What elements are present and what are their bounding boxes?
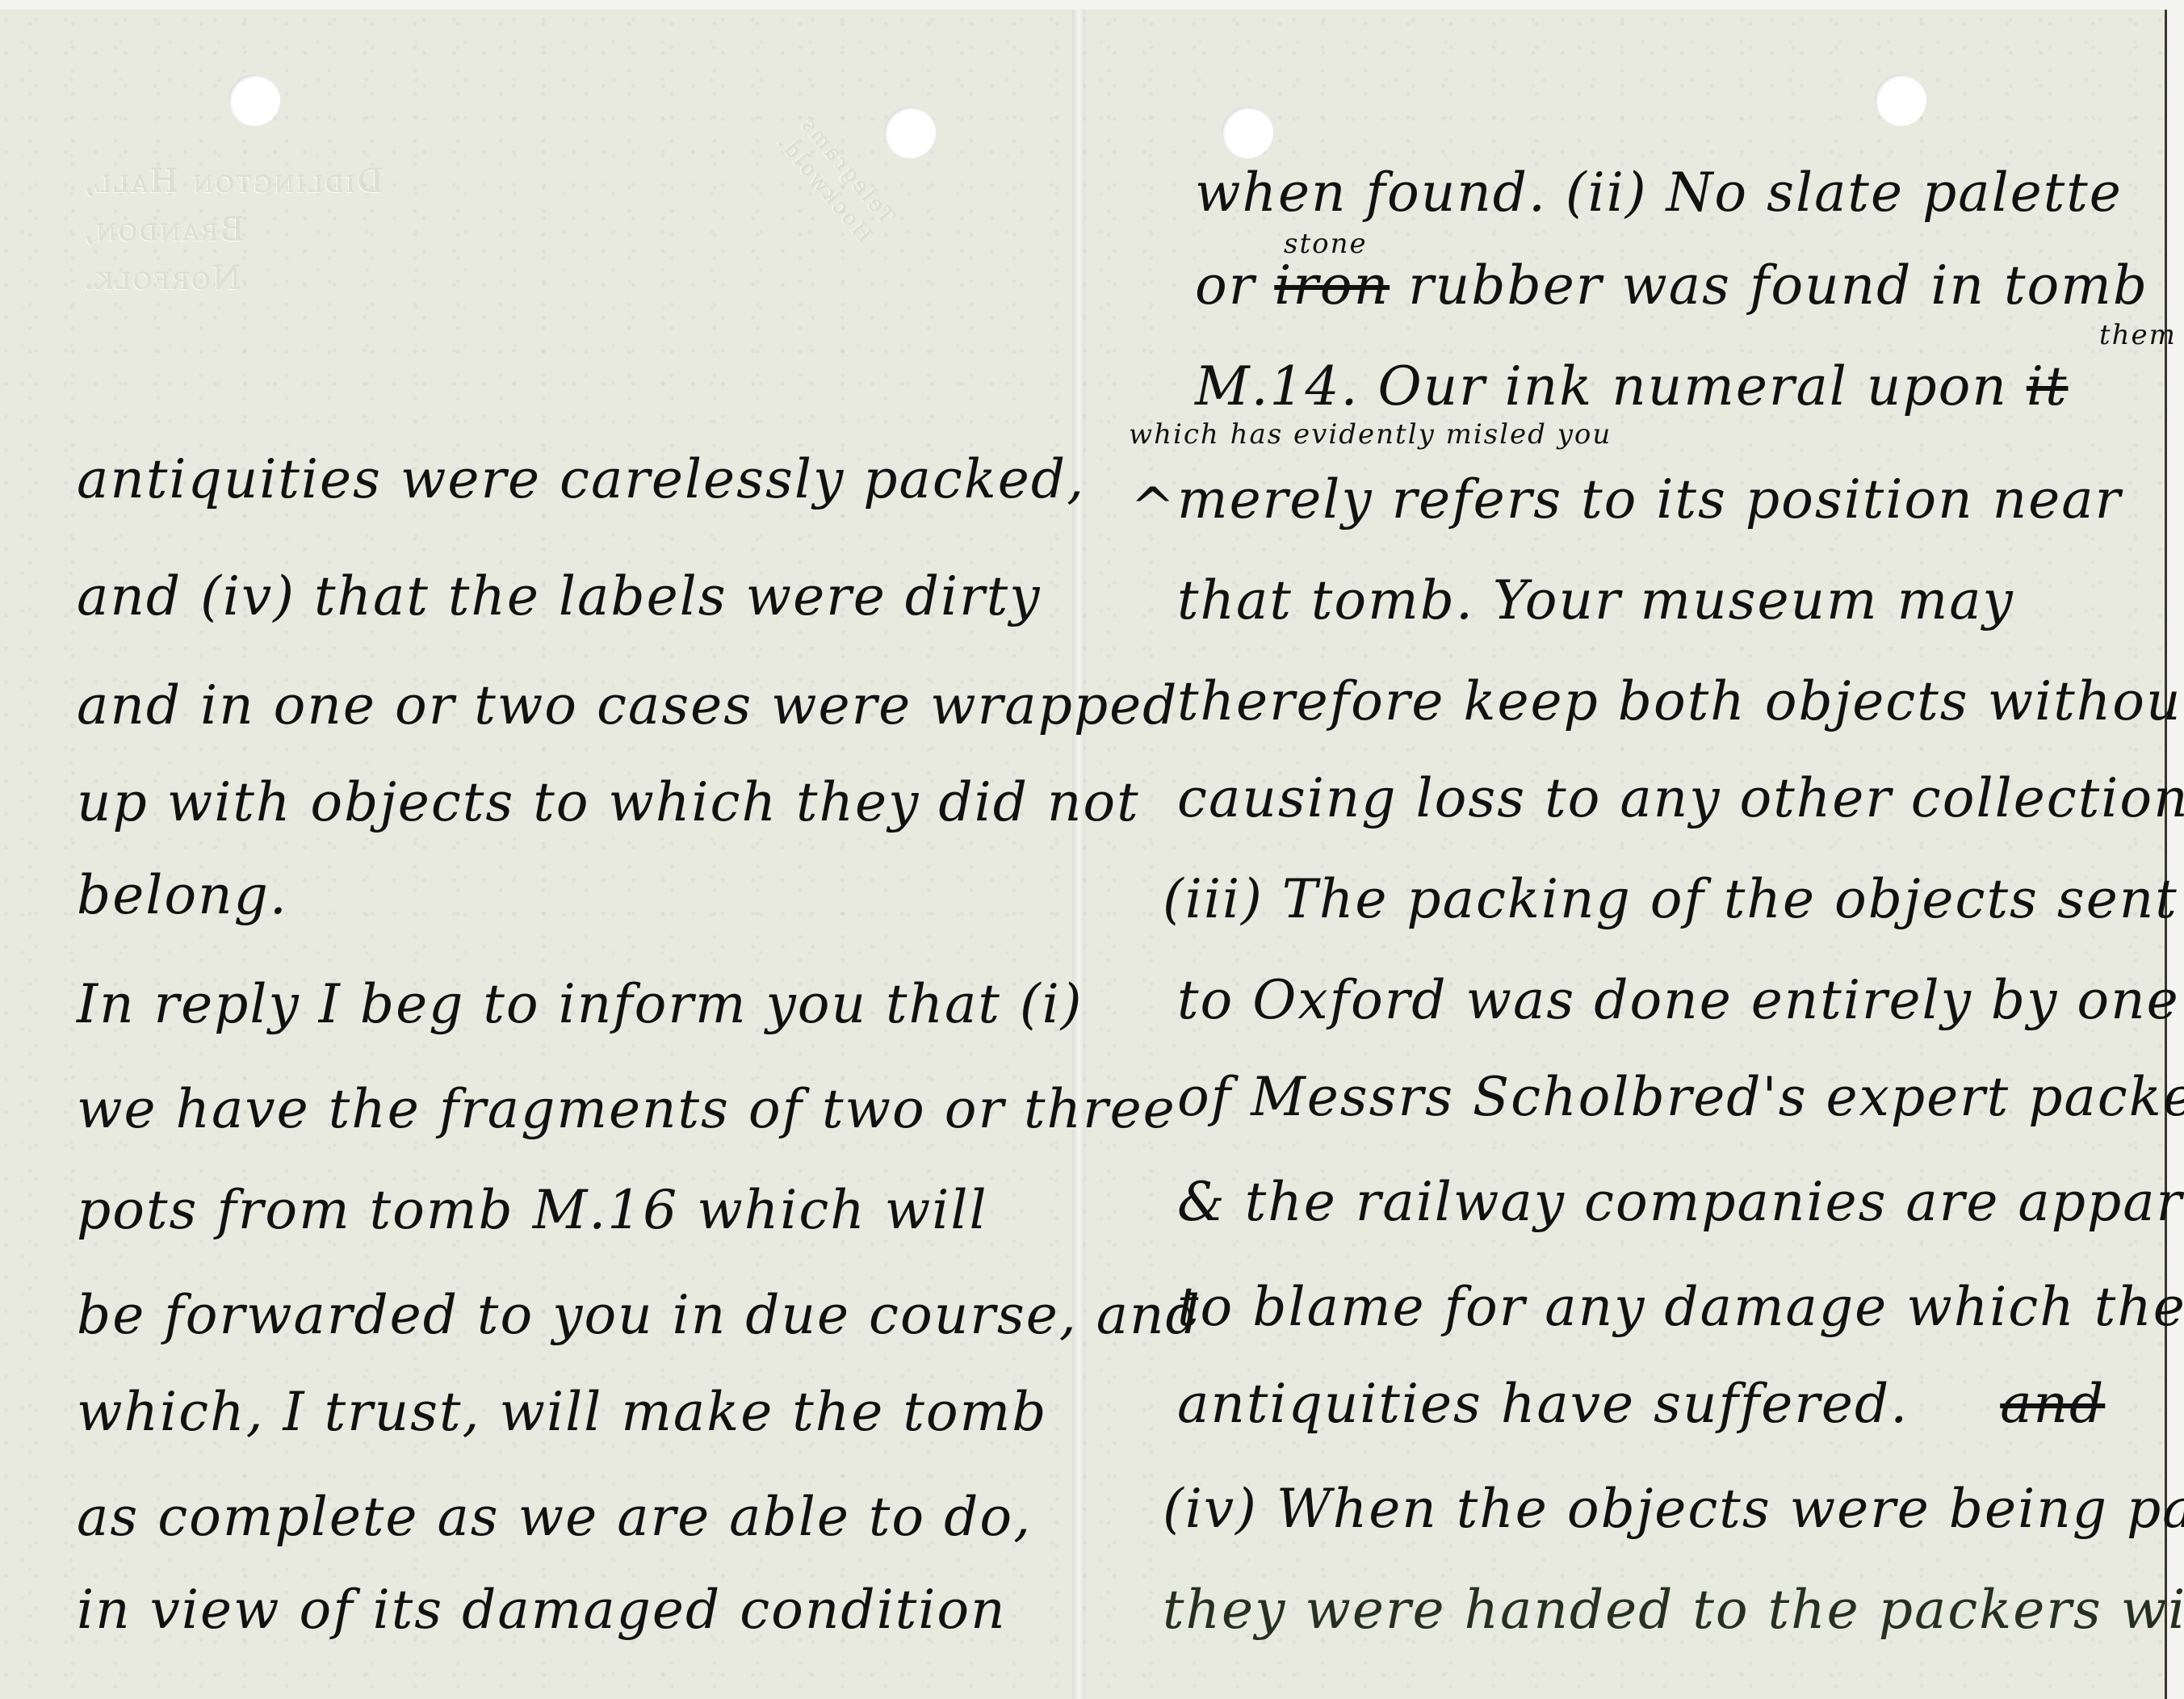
handwritten-line: merely refers to its position near [1177,468,2122,531]
embossed-letterhead-address: Didlington Hall, Brandon, Norfolk. [81,157,420,303]
handwritten-line: as complete as we are able to do, [77,1486,1032,1548]
handwritten-line: to blame for any damage which the [1177,1276,2184,1338]
handwritten-line: in view of its damaged condition [77,1579,1007,1641]
handwritten-line: of Messrs Scholbred's expert packers, [1177,1066,2184,1128]
handwritten-line: antiquities have suffered. and [1177,1373,2105,1435]
handwritten-line: antiquities were carelessly packed, [77,448,1085,510]
handwritten-line: belong. [77,864,288,926]
handwritten-line: and (iv) that the labels were dirty [77,565,1041,627]
handwritten-line: therefore keep both objects without [1177,670,2184,732]
handwritten-line: In reply I beg to inform you that (i) [77,973,1084,1035]
handwritten-line: when found. (ii) No slate palette [1195,162,2123,224]
handwritten-line: pots from tomb M.16 which will [77,1179,988,1241]
text-numeral: M.14. Our ink numeral upon [1195,355,2027,417]
letterhead-line: Norfolk. [81,254,420,303]
text-suffered: antiquities have suffered. [1177,1373,1909,1435]
handwritten-line: or iron rubber was found in tomb [1195,254,2148,317]
punch-hole [1222,107,1273,158]
text-rubber: rubber was found in tomb [1390,254,2148,317]
struck-word: it [2027,355,2069,417]
letterhead-line: Didlington Hall, [81,157,420,206]
handwritten-line: that tomb. Your museum may [1177,569,2014,631]
insertion-note: which has evidently misled you [1129,418,1612,451]
struck-word: iron [1274,254,1390,317]
handwritten-line: to Oxford was done entirely by one [1177,969,2180,1031]
handwritten-line: & the railway companies are apparently [1177,1171,2184,1233]
text-or: or [1195,254,1274,317]
punch-hole [884,107,936,158]
handwritten-line: which, I trust, will make the tomb [77,1381,1047,1443]
handwritten-line: M.14. Our ink numeral upon it [1195,355,2069,417]
caret-mark: ^ [1130,476,1176,539]
center-fold [1072,10,1085,1699]
handwritten-line: and in one or two cases were wrapped [77,674,1178,736]
punch-hole [1875,74,1926,126]
insertion-them: them [2099,319,2177,351]
handwritten-line: causing loss to any other collection. [1177,767,2184,829]
handwritten-line: (iv) When the objects were being packed [1163,1478,2184,1540]
struck-word: and [2000,1373,2105,1435]
handwritten-line: (iii) The packing of the objects sent [1163,868,2178,930]
handwritten-line: they were handed to the packers with [1163,1579,2184,1641]
punch-hole [228,74,280,126]
handwritten-line: up with objects to which they did not [77,771,1140,833]
handwritten-line: we have the fragments of two or three [77,1078,1176,1140]
letterhead-line: Brandon, [81,206,420,254]
handwritten-line: be forwarded to you in due course, and [77,1284,1201,1346]
